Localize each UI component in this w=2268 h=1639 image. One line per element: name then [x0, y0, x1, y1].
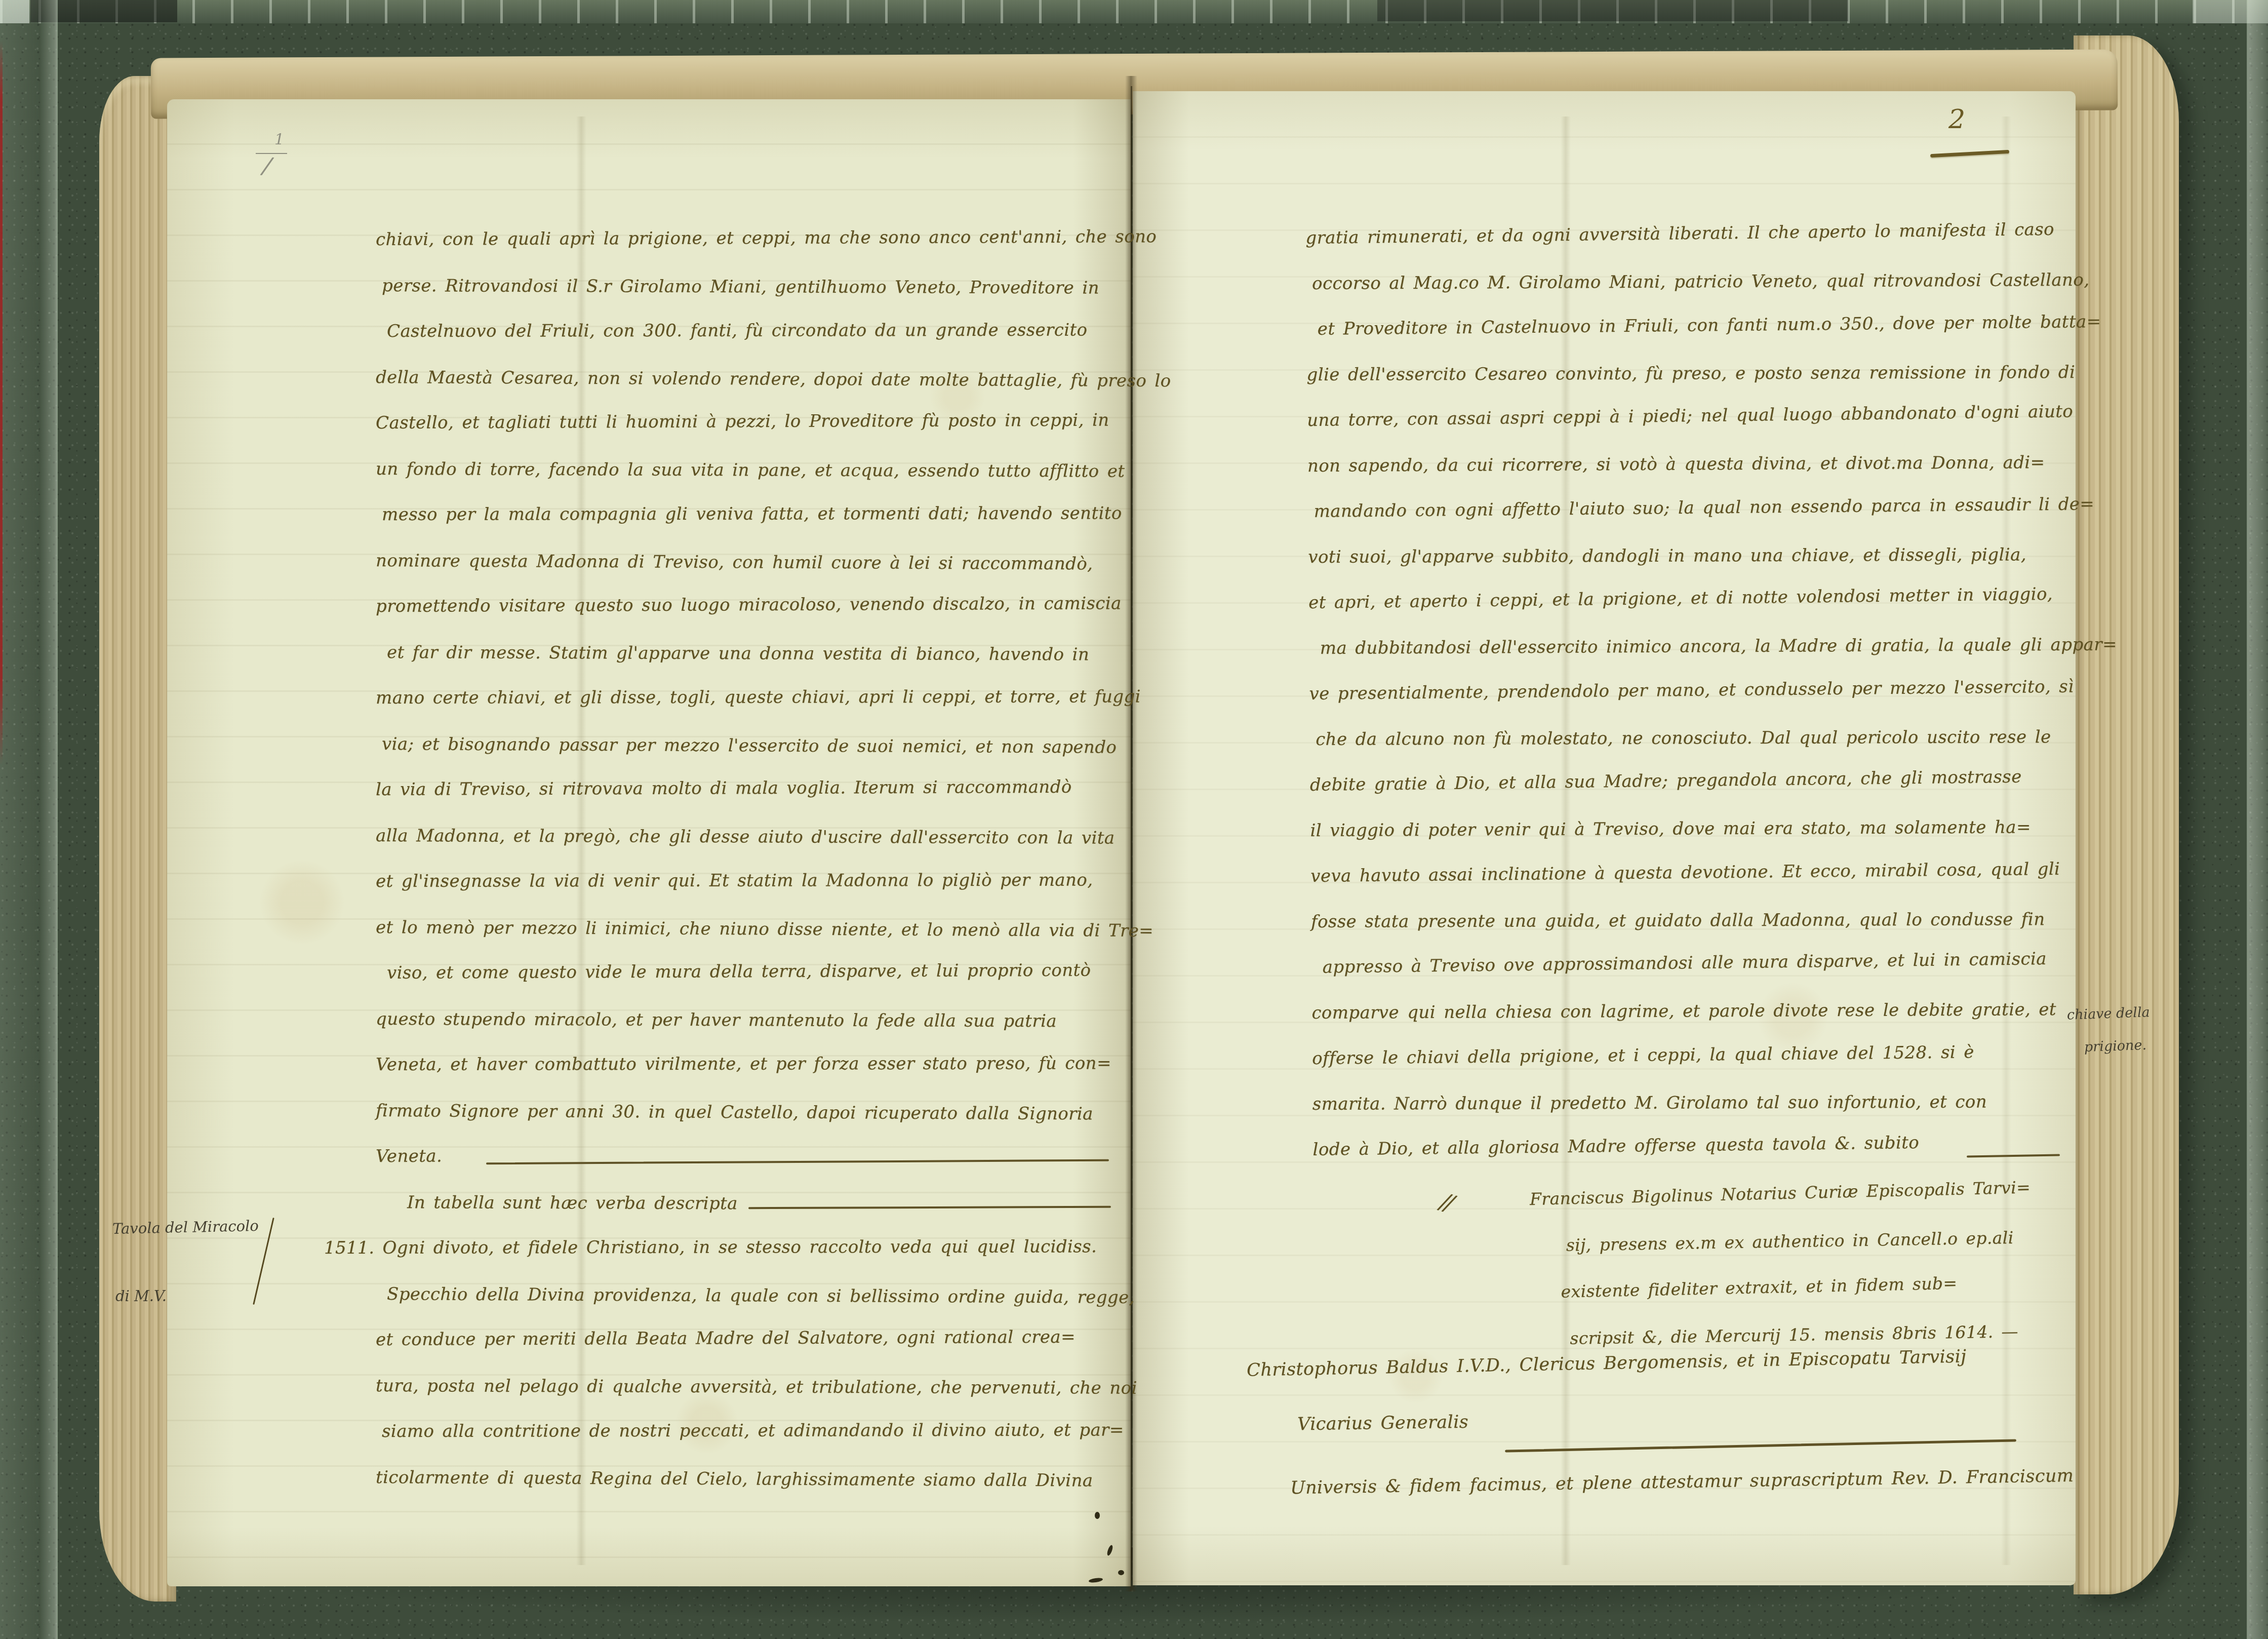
manuscript-line: ve presentialmente, prendendolo per mano…	[1309, 664, 2099, 717]
manuscript-line: debite gratie à Dio, et alla sua Madre; …	[1309, 753, 2100, 808]
manuscript-line: perse. Ritrovandosi il S.r Girolamo Mian…	[376, 263, 1120, 311]
manuscript-line: et conduce per meriti della Beata Madre …	[376, 1314, 1120, 1362]
manuscript-line: messo per la mala compagnia gli veniva f…	[376, 490, 1120, 537]
manuscript-line: mano certe chiavi, et gli disse, togli, …	[376, 674, 1120, 721]
manuscript-line: et far dir messe. Statim gl'apparve una …	[376, 630, 1120, 678]
folio-number: 2	[1948, 104, 1965, 135]
manuscript-line: In tabella sunt hæc verba descripta	[376, 1180, 1120, 1228]
manuscript-line: et Proveditore in Castelnuovo in Friuli,…	[1306, 299, 2096, 352]
page-stack-left-edge	[99, 76, 176, 1602]
red-frame-line	[0, 41, 3, 765]
manuscript-line: mandando con ogni affetto l'aiuto suo; l…	[1307, 481, 2098, 534]
manuscript-line: Specchio della Divina providenza, la qua…	[376, 1271, 1120, 1320]
manuscript-line: via; et bisognando passar per mezzo l'es…	[376, 721, 1120, 770]
manuscript-line: nominare questa Madonna di Treviso, con …	[376, 538, 1120, 587]
manuscript-line: ma dubbitandosi dell'essercito inimico a…	[1309, 622, 2099, 671]
margin-note-chiave-2: prigione.	[2084, 1037, 2146, 1055]
right-page-text-block: gratia rimunerati, et da ogni avversità …	[1305, 209, 2103, 1173]
book-gutter-line	[1131, 86, 1132, 1580]
vicar-role-line: Vicarius Generalis	[1297, 1412, 1468, 1435]
manuscript-line: Castello, et tagliati tutti li huomini à…	[376, 397, 1120, 446]
glass-edge-left	[0, 0, 58, 1639]
manuscript-line: et lo menò per mezzo li inimici, che niu…	[376, 905, 1120, 954]
manuscript-line: questo stupendo miracolo, et per haver m…	[376, 996, 1120, 1044]
manuscript-line: veva havuto assai inclinatione à questa …	[1310, 846, 2101, 899]
notary-attestation-block: Franciscus Bigolinus Notarius Curiæ Epis…	[1529, 1164, 2115, 1362]
manuscript-line: offerse le chiavi della prigione, et i c…	[1312, 1028, 2102, 1081]
manuscript-line: 1511. Ogni divoto, et fidele Christiano,…	[324, 1224, 1120, 1271]
manuscript-line: Veneta, et haver combattuto virilmente, …	[376, 1040, 1120, 1087]
manuscript-line: siamo alla contritione de nostri peccati…	[376, 1407, 1120, 1454]
glass-reflection-band	[0, 0, 2268, 23]
manuscript-line: tura, posta nel pelago di qualche avvers…	[376, 1363, 1120, 1411]
manuscript-line: lode à Dio, et alla gloriosa Madre offer…	[1312, 1118, 2103, 1173]
manuscript-line: alla Madonna, et la pregò, che gli desse…	[376, 813, 1120, 861]
manuscript-line: occorso al Mag.co M. Girolamo Miani, pat…	[1306, 257, 2096, 306]
pencil-foliation-numerator: 1	[274, 131, 284, 148]
manuscript-line: Castelnuovo del Friuli, con 300. fanti, …	[376, 307, 1120, 354]
reflection-shadow	[1377, 0, 1848, 21]
manuscript-line: promettendo visitare questo suo luogo mi…	[376, 580, 1120, 629]
manuscript-line: firmato Signore per anni 30. in quel Cas…	[376, 1088, 1120, 1137]
ink-speck	[1095, 1512, 1100, 1519]
left-page-text-block: chiavi, con le quali aprì la prigione, e…	[376, 217, 1120, 1500]
ink-speck	[1118, 1570, 1124, 1575]
glass-edge-right	[2247, 0, 2268, 1639]
manuscript-line: et apri, et aperto i ceppi, et la prigio…	[1308, 571, 2098, 626]
margin-note-tavola: Tavola del Miracolo	[112, 1217, 259, 1237]
manuscript-line: chiavi, con le quali aprì la prigione, e…	[376, 214, 1120, 262]
manuscript-line: una torre, con assai aspri ceppi à i pie…	[1307, 388, 2097, 443]
manuscript-line: il viaggio di poter venir qui à Treviso,…	[1310, 804, 2100, 853]
manuscript-line: la via di Treviso, si ritrovava molto di…	[376, 764, 1120, 812]
manuscript-line: ticolarmente di questa Regina del Cielo,…	[376, 1455, 1120, 1504]
manuscript-line: Veneta.	[376, 1130, 1120, 1179]
manuscript-line: della Maestà Cesarea, non si volendo ren…	[376, 355, 1120, 404]
manuscript-line: gratia rimunerati, et da ogni avversità …	[1305, 206, 2096, 261]
manuscript-line: non sapendo, da cui ricorrere, si votò à…	[1307, 440, 2097, 489]
manuscript-line: viso, et come questo vide le mura della …	[376, 947, 1120, 996]
manuscript-line: un fondo di torre, facendo la sua vita i…	[376, 446, 1120, 494]
margin-note-tavola-2: di M.V.	[115, 1287, 167, 1305]
manuscript-line: comparve qui nella chiesa con lagrime, e…	[1311, 987, 2101, 1036]
manuscript-line: et gl'insegnasse la via di venir qui. Et…	[376, 857, 1120, 904]
margin-note-chiave: chiave della	[2067, 1004, 2151, 1023]
manuscript-line: appresso à Treviso ove approssimandosi a…	[1311, 935, 2101, 990]
